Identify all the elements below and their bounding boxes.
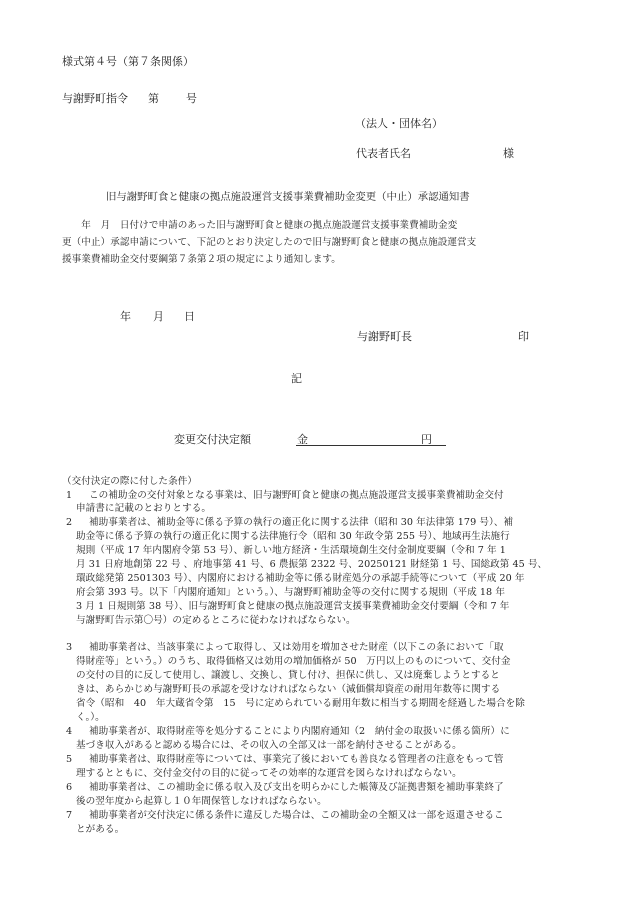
date-month: 月: [153, 310, 164, 323]
condition-1-line-1: この補助金の交付対象となる事業は、旧与謝野町食と健康の拠点施設運営支援事業費補助…: [89, 489, 504, 503]
body-line-3: 援事業費補助金交付要綱第７条第２項の規定により通知します。: [62, 251, 341, 268]
ki-heading: 記: [291, 372, 302, 385]
conditions-heading: （交付決定の際に付した条件）: [62, 475, 197, 489]
condition-2-line-8: 与謝野町告示第〇号）の定めるところに従わなければならない。: [76, 614, 356, 628]
condition-7-line-2: とがある。: [76, 823, 124, 837]
condition-3-line-4: きは、あらかじめ与謝野町長の承認を受けなければならない（減価償却資産の耐用年数等…: [76, 683, 500, 697]
condition-5-number: 5: [66, 753, 72, 767]
condition-6-number: 6: [66, 781, 72, 795]
condition-2-line-6: 府会第 393 号。以下「内閣府通知」という。）、与謝野町補助金等の交付に関する…: [76, 586, 505, 600]
date-day: 日: [184, 310, 195, 323]
condition-1-number: 1: [66, 489, 72, 503]
condition-4-line-2: 基づき収入があると認める場合には、その収入の全部又は一部を納付させることがある。: [76, 739, 462, 753]
condition-2-line-3: 規則（平成 17 年内閣府令第 53 号）、新しい地方経済・生活環境創生交付金制…: [76, 544, 506, 558]
form-number: 様式第４号（第７条関係）: [62, 55, 194, 68]
condition-3-number: 3: [66, 641, 72, 655]
amount-suffix: 円: [421, 433, 432, 446]
amount-label: 変更交付決定額: [174, 433, 251, 446]
condition-6-line-1: 補助事業者は、この補助金に係る収入及び支出を明らかにした帳簿及び証拠書類を補助事…: [89, 781, 504, 795]
recipient-org: （法人・団体名）: [355, 117, 443, 130]
condition-2-line-5: 環政総発第 2501303 号）、内閣府における補助金等に係る財産処分の承認手続…: [76, 572, 525, 586]
body-line-2: 更（中止）承認申請について、下記のとおり決定したので旧与謝野町食と健康の拠点施設…: [62, 234, 476, 251]
recipient-rep-label: 代表者氏名: [356, 147, 411, 160]
command-prefix: 与謝野町指令: [62, 92, 128, 105]
command-go: 号: [186, 92, 197, 105]
condition-3-line-2: 得財産等」という。）のうち、取得価格又は効用の増加価格が 50 万円以上のものに…: [76, 655, 511, 669]
condition-5-line-2: 理するとともに、交付金交付の目的に従ってその効率的な運営を図らなければならない。: [76, 767, 462, 781]
issuer: 与謝野町長: [357, 330, 412, 343]
condition-3-line-3: の交付の目的に反して使用し、譲渡し、交換し、貸し付け、担保に供し、又は廃棄しよう…: [76, 669, 500, 683]
condition-1-line-2: 申請書に記載のとおりとする。: [76, 502, 211, 516]
condition-2-line-1: 補助事業者は、補助金等に係る予算の執行の適正化に関する法律（昭和 30 年法律第…: [89, 516, 513, 530]
condition-3-line-6: く。）。: [76, 711, 105, 725]
document-title: 旧与謝野町食と健康の拠点施設運営支援事業費補助金変更（中止）承認通知書: [106, 191, 470, 204]
command-dai: 第: [148, 92, 159, 105]
condition-3-line-1: 補助事業者は、当該事業によって取得し、又は効用を増加させた財産（以下この条におい…: [89, 641, 504, 655]
condition-6-line-2: 後の翌年度から起算し１０年間保管しなければならない。: [76, 795, 327, 809]
amount-prefix: 金: [297, 433, 308, 446]
recipient-honorific: 様: [503, 147, 514, 160]
condition-3-line-5: 省令（昭和 40 年大蔵省令第 15 号に定められている耐用年数に相当する期間を…: [76, 697, 525, 711]
condition-2-line-7: 3 月 1 日規則第 38 号）、旧与謝野町食と健康の拠点施設運営支援事業費補助…: [76, 600, 509, 614]
body-line-1: 年 月 日付けで申請のあった旧与謝野町食と健康の拠点施設運営支援事業費補助金変: [62, 217, 457, 234]
condition-7-line-1: 補助事業者が交付決定に係る条件に違反した場合は、この補助金の全額又は一部を返還さ…: [89, 809, 504, 823]
date-year: 年: [120, 310, 131, 323]
condition-4-line-1: 補助事業者が、取得財産等を処分することにより内閣府通知（2 納付金の取扱いに係る…: [89, 725, 510, 739]
condition-5-line-1: 補助事業者は、取得財産等については、事業完了後においても善良なる管理者の注意をも…: [89, 753, 504, 767]
condition-4-number: 4: [66, 725, 72, 739]
condition-2-line-2: 助金等に係る予算の執行の適正化に関する法律施行令（昭和 30 年政令第 255 …: [76, 530, 510, 544]
condition-7-number: 7: [66, 809, 72, 823]
condition-2-number: 2: [66, 516, 72, 530]
seal-mark: 印: [518, 330, 529, 343]
condition-2-line-4: 月 31 日府地創第 22 号 、府地事第 41 号、6 農振第 2322 号、…: [76, 558, 547, 572]
